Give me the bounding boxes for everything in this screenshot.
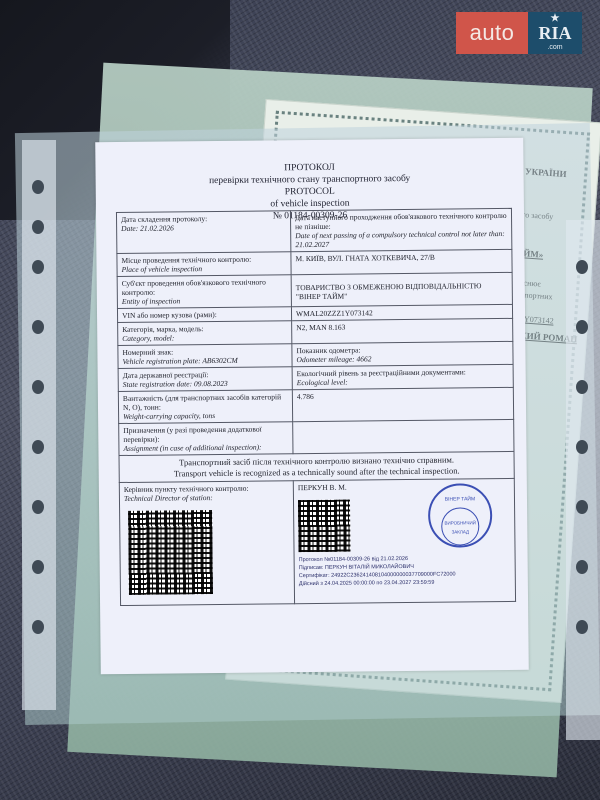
director-label-en: Technical Director of station: [124, 493, 213, 503]
row-value-en: Odometer mileage: 4662 [296, 354, 371, 364]
row-value: WMAL20ZZZ1Y073142 [296, 307, 508, 318]
row-label-ua: Місце проведення технічного контролю: [121, 254, 286, 265]
row-label-ua: Вантажність (для транспортних засобів ка… [123, 392, 288, 412]
punch-hole [32, 180, 44, 194]
punch-hole [576, 380, 588, 394]
autoria-watermark: auto ★ RIA .com [456, 12, 582, 54]
punch-hole [576, 440, 588, 454]
table-row: Призначення (у разі проведення додатково… [119, 419, 514, 455]
punch-hole [576, 620, 588, 634]
row-label-en: State registration date: 09.08.2023 [123, 379, 228, 389]
verdict-row: Транспортний засіб після технічного конт… [119, 451, 514, 482]
row-value: М. КИЇВ, ВУЛ. ГНАТА ХОТКЕВИЧА, 27/В [295, 252, 507, 263]
star-icon: ★ [551, 15, 560, 23]
punch-hole [32, 260, 44, 274]
punch-hole [32, 620, 44, 634]
watermark-ria: ★ RIA .com [528, 12, 582, 54]
row-value-en: Date of next passing of a compulsory tec… [295, 229, 505, 249]
punch-hole [576, 320, 588, 334]
row-label-en: Vehicle registration plate: AB6302CM [122, 356, 237, 366]
row-label-en: Date: 21.02.2026 [121, 223, 174, 233]
row-value: 4.786 [297, 390, 509, 401]
watermark-auto: auto [456, 12, 528, 54]
row-label-ua: Категорія, марка, модель: [122, 323, 287, 334]
inspection-protocol-sheet: ПРОТОКОЛ перевірки технічного стану тран… [95, 138, 529, 674]
row-value-label-ua: Показник одометра: [296, 344, 508, 355]
row-value [297, 422, 509, 424]
qr-code-icon [298, 500, 351, 553]
row-label-en: Assignment (in case of additional inspec… [123, 443, 261, 453]
punch-hole [576, 560, 588, 574]
punch-hole [32, 560, 44, 574]
digital-signature-block: Протокол №01184-00309-26 від 21.02.2026 … [299, 554, 511, 588]
watermark-ria-text: RIA [538, 23, 571, 44]
table-row: Суб'єкт проведення обов'язкового технічн… [117, 272, 512, 308]
table-row: Дата складення протоколу:Date: 21.02.202… [116, 208, 511, 253]
row-value-en: Ecological level: [297, 378, 348, 388]
table-row: Вантажність (для транспортних засобів ка… [118, 387, 513, 423]
company-stamp: ВІНЕР ТАЙМ ВИРОБНИЧИЙ ЗАКЛАД [428, 483, 493, 548]
row-label-en: Weight-carrying capacity, tons [123, 411, 215, 421]
punch-hole [32, 220, 44, 234]
signature-line: Дійсний з 24.04.2025 00:00:00 по 23.04.2… [299, 578, 511, 588]
punch-hole [576, 260, 588, 274]
row-label-ua: Суб'єкт проведення обов'язкового технічн… [122, 277, 287, 297]
punch-hole [32, 380, 44, 394]
qr-code-icon [128, 510, 213, 595]
row-value-label-ua: Дата наступного проходження обов'язковог… [295, 211, 507, 231]
row-label-en: Category, model: [122, 333, 174, 343]
punch-hole [32, 320, 44, 334]
punch-hole [576, 500, 588, 514]
sleeve-punch-strip-right [566, 220, 600, 740]
protocol-table: Дата складення протоколу:Date: 21.02.202… [116, 208, 516, 606]
row-value-label-ua: Екологічний рівень за реєстраційними док… [297, 367, 509, 378]
row-value: N2, MAN 8.163 [296, 321, 508, 332]
row-label-ua: Дата складення протоколу: [121, 213, 286, 224]
row-label-en: Entity of inspection [122, 296, 180, 306]
row-value: ТОВАРИСТВО З ОБМЕЖЕНОЮ ВІДПОВІДАЛЬНІСТЮ … [296, 281, 508, 301]
signature-row: Керівник пункту технічного контролю: Tec… [119, 478, 515, 605]
watermark-suffix: .com [547, 44, 562, 52]
stamp-outer-text: ВІНЕР ТАЙМ [430, 495, 490, 505]
sleeve-punch-strip-left [22, 140, 56, 710]
punch-hole [32, 500, 44, 514]
stamp-inner-text: ВИРОБНИЧИЙ ЗАКЛАД [441, 507, 479, 545]
punch-hole [32, 440, 44, 454]
row-label-ua: Призначення (у разі проведення додатково… [123, 424, 288, 444]
row-label-ua: VIN або номер кузова (рами): [122, 309, 287, 320]
row-label-en: Place of vehicle inspection [122, 264, 203, 274]
